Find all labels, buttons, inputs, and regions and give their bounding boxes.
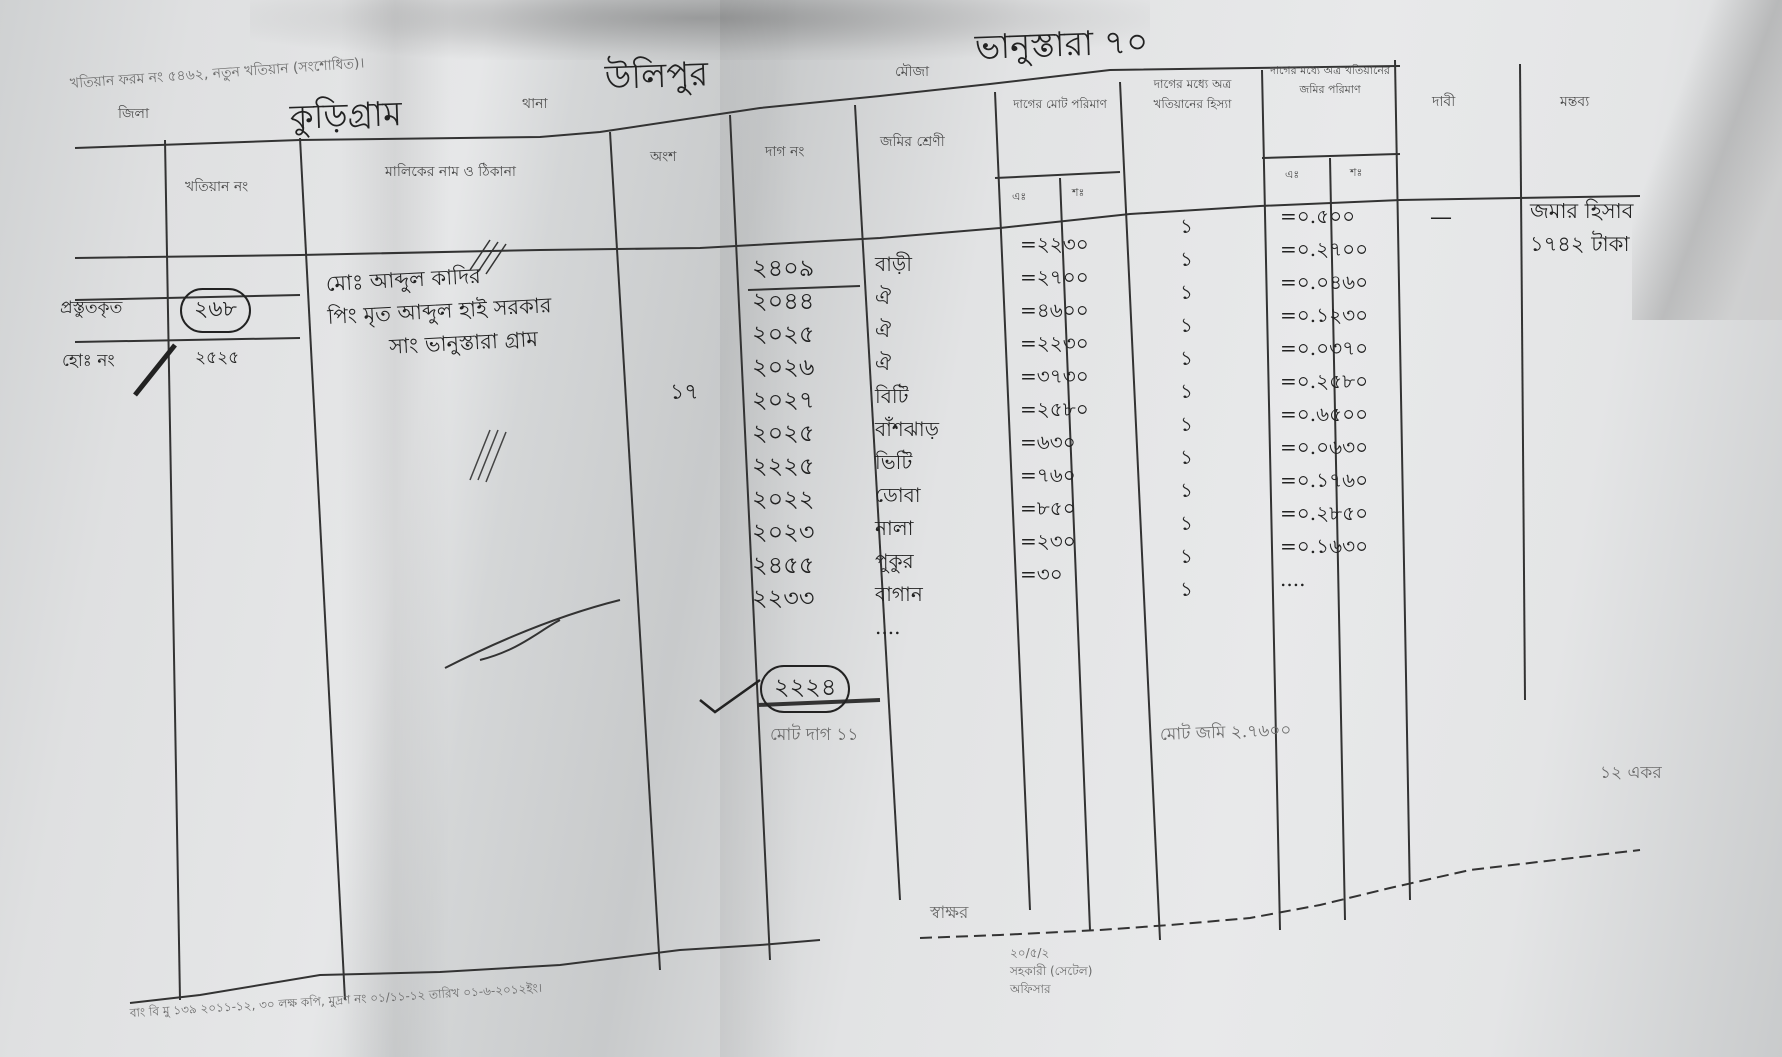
dag-number: ২০২৭ bbox=[752, 384, 814, 417]
dag-total-area: =৬৩০ bbox=[1020, 426, 1089, 459]
dag-number: ২০২৫ bbox=[752, 417, 814, 450]
mouza-label: মৌজা bbox=[895, 60, 929, 84]
land-class: বাঁশঝাড় bbox=[875, 413, 939, 446]
khatian-area: =০.২৮৫০ bbox=[1280, 497, 1368, 530]
khatian-area: =০.৬৫০০ bbox=[1280, 398, 1368, 431]
dag-total-area: =২৫৮০ bbox=[1020, 393, 1089, 426]
remarks-line: ১৭৪২ টাকা bbox=[1530, 228, 1633, 261]
col-subheader-acre: এঃ bbox=[1285, 166, 1299, 185]
thana-label: থানা bbox=[522, 92, 548, 116]
dag-number: ২৪৫৫ bbox=[752, 549, 814, 582]
claim-value: — bbox=[1430, 205, 1452, 230]
remarks: জমার হিসাব ১৭৪২ টাকা bbox=[1530, 195, 1633, 261]
land-class: পুকুর bbox=[875, 545, 939, 578]
col-header-khatian-no: খতিয়ান নং bbox=[185, 175, 248, 199]
land-class: ঐ bbox=[875, 314, 939, 347]
district-label: জিলা bbox=[118, 102, 149, 126]
dag-number: ২০৪৪ bbox=[752, 285, 814, 318]
col-header-share: অংশ bbox=[650, 145, 676, 169]
khatian-area: =০.১৬৩০ bbox=[1280, 530, 1368, 563]
dag-total-area: =৭৬০ bbox=[1020, 459, 1089, 492]
land-class: ঐ bbox=[875, 347, 939, 380]
remarks-total-note: ১২ একর bbox=[1600, 760, 1662, 788]
share-in-dag: ১ bbox=[1180, 540, 1193, 573]
khatian-area: .... bbox=[1280, 563, 1368, 596]
share-in-dag: ১ bbox=[1180, 441, 1193, 474]
share-in-dag: ১ bbox=[1180, 408, 1193, 441]
dag-total-area: =২৩০ bbox=[1020, 525, 1089, 558]
share-in-dag: ১ bbox=[1180, 474, 1193, 507]
mouza-value: ভানুস্তারা ৭০ bbox=[974, 16, 1149, 79]
khatian-area: =০.০৩৭০ bbox=[1280, 332, 1368, 365]
dag-number: ২০২৫ bbox=[752, 318, 814, 351]
khatian-area: =০.০৬৩০ bbox=[1280, 431, 1368, 464]
land-class: .... bbox=[875, 611, 939, 644]
dag-number: ২০২৬ bbox=[752, 351, 814, 384]
khatian-area: =০.১৭৬০ bbox=[1280, 464, 1368, 497]
dag-number: ২২৩৩ bbox=[752, 582, 814, 615]
dag-number: ২২২৫ bbox=[752, 450, 814, 483]
total-area-summary: মোট জমি ২.৭৬০০ bbox=[1160, 717, 1292, 750]
khatian-area: =০.১২৩০ bbox=[1280, 299, 1368, 332]
share-in-dag: ১ bbox=[1180, 573, 1193, 606]
remarks-line: জমার হিসাব bbox=[1530, 195, 1633, 228]
land-class: বাড়ী bbox=[875, 248, 939, 281]
share-in-dag-list: ১১১১১১১১১১১১ bbox=[1180, 210, 1193, 606]
khatian-area: =০.২৭০০ bbox=[1280, 233, 1368, 266]
khatian-area-list: =০.৫০০=০.২৭০০=০.০৪৬০=০.১২৩০=০.০৩৭০=০.২৫৮… bbox=[1280, 200, 1368, 596]
share-in-dag: ১ bbox=[1180, 342, 1193, 375]
col-subheader-decimal: শঃ bbox=[1072, 184, 1084, 203]
share-in-dag: ১ bbox=[1180, 243, 1193, 276]
land-class: নালা bbox=[875, 512, 939, 545]
dag-total-area: =৪৬০০ bbox=[1020, 294, 1089, 327]
dag-number: ২০২৩ bbox=[752, 516, 814, 549]
col-header-claim: দাবী bbox=[1432, 90, 1455, 114]
share-in-dag: ১ bbox=[1180, 210, 1193, 243]
col-subheader-decimal: শঃ bbox=[1350, 164, 1362, 183]
share-in-dag: ১ bbox=[1180, 375, 1193, 408]
seal-line: সহকারী (সেটেল) bbox=[1010, 963, 1092, 981]
land-class: ভিটি bbox=[875, 446, 939, 479]
col-header-dag-no: দাগ নং bbox=[765, 140, 804, 164]
dag-total-area-list: =২২৩০=২৭০০=৪৬০০=২২৩০=৩৭৩০=২৫৮০=৬৩০=৭৬০=৮… bbox=[1020, 228, 1089, 591]
thana-value: উলিপুর bbox=[604, 48, 709, 109]
col-subheader-acre: এঃ bbox=[1012, 188, 1026, 207]
share-in-dag: ১ bbox=[1180, 276, 1193, 309]
share-in-dag: ১ bbox=[1180, 507, 1193, 540]
dag-total-circled: ২২২৪ bbox=[760, 665, 850, 713]
khatian-number-circled: ২৬৮ bbox=[180, 288, 251, 333]
land-class: ডোবা bbox=[875, 479, 939, 512]
dag-total-area: =৩০ bbox=[1020, 558, 1089, 591]
land-class-list: বাড়ীঐঐঐবিটিবাঁশঝাড়ভিটিডোবানালাপুকুরবাগ… bbox=[875, 248, 939, 644]
holding-no-value: ২৫২৫ bbox=[195, 345, 239, 373]
land-class: বাগান bbox=[875, 578, 939, 611]
district-value: কুড়িগ্রাম bbox=[289, 88, 403, 149]
dag-total-area: =৩৭৩০ bbox=[1020, 360, 1089, 393]
total-dag-summary: মোট দাগ ১১ bbox=[770, 722, 858, 750]
dag-total-area: =৮৫০ bbox=[1020, 492, 1089, 525]
land-class: ঐ bbox=[875, 281, 939, 314]
owner-name-address: মোঃ আব্দুল কাদির পিং মৃত আব্দুল হাই সরকা… bbox=[325, 256, 554, 367]
seal-line: ২০/৫/২ bbox=[1010, 945, 1092, 963]
share-value: ১৭ bbox=[670, 375, 699, 412]
officer-signature: স্বাক্ষর bbox=[930, 900, 968, 928]
col-header-owner: মালিকের নাম ও ঠিকানা bbox=[385, 160, 516, 184]
col-header-khatian-area: দাগের মধ্যে অত্র খতিয়ানের জমির পরিমাণ bbox=[1265, 62, 1395, 100]
dag-total-area: =২২৩০ bbox=[1020, 327, 1089, 360]
dag-number: ২৪০৯ bbox=[752, 252, 814, 285]
khatian-area: =০.৫০০ bbox=[1280, 200, 1368, 233]
dag-total-area: =২৭০০ bbox=[1020, 261, 1089, 294]
share-in-dag: ১ bbox=[1180, 309, 1193, 342]
col-header-remarks: মন্তব্য bbox=[1560, 90, 1589, 114]
officer-seal: ২০/৫/২ সহকারী (সেটেল) অফিসার bbox=[1010, 945, 1092, 999]
document-photo: খতিয়ান ফরম নং ৫৪৬২, নতুন খতিয়ান (সংশোধ… bbox=[0, 0, 1782, 1057]
col-header-land-class: জমির শ্রেণী bbox=[880, 130, 945, 154]
land-class: বিটি bbox=[875, 380, 939, 413]
dag-number: ২০২২ bbox=[752, 483, 814, 516]
holding-no-label: হোঃ নং bbox=[62, 348, 115, 376]
khatian-area: =০.০৪৬০ bbox=[1280, 266, 1368, 299]
col-header-share-in-dag: দাগের মধ্যে অত্র খতিয়ানের হিস্যা bbox=[1130, 76, 1255, 116]
col-header-dag-total-area: দাগের মোট পরিমাণ bbox=[1005, 96, 1115, 116]
seal-line: অফিসার bbox=[1010, 981, 1092, 999]
dag-total-area: =২২৩০ bbox=[1020, 228, 1089, 261]
dag-number-list: ২৪০৯২০৪৪২০২৫২০২৬২০২৭২০২৫২২২৫২০২২২০২৩২৪৫৫… bbox=[752, 252, 814, 615]
khatian-prepared-label: প্রস্তুতকৃত bbox=[60, 295, 122, 323]
khatian-area: =০.২৫৮০ bbox=[1280, 365, 1368, 398]
